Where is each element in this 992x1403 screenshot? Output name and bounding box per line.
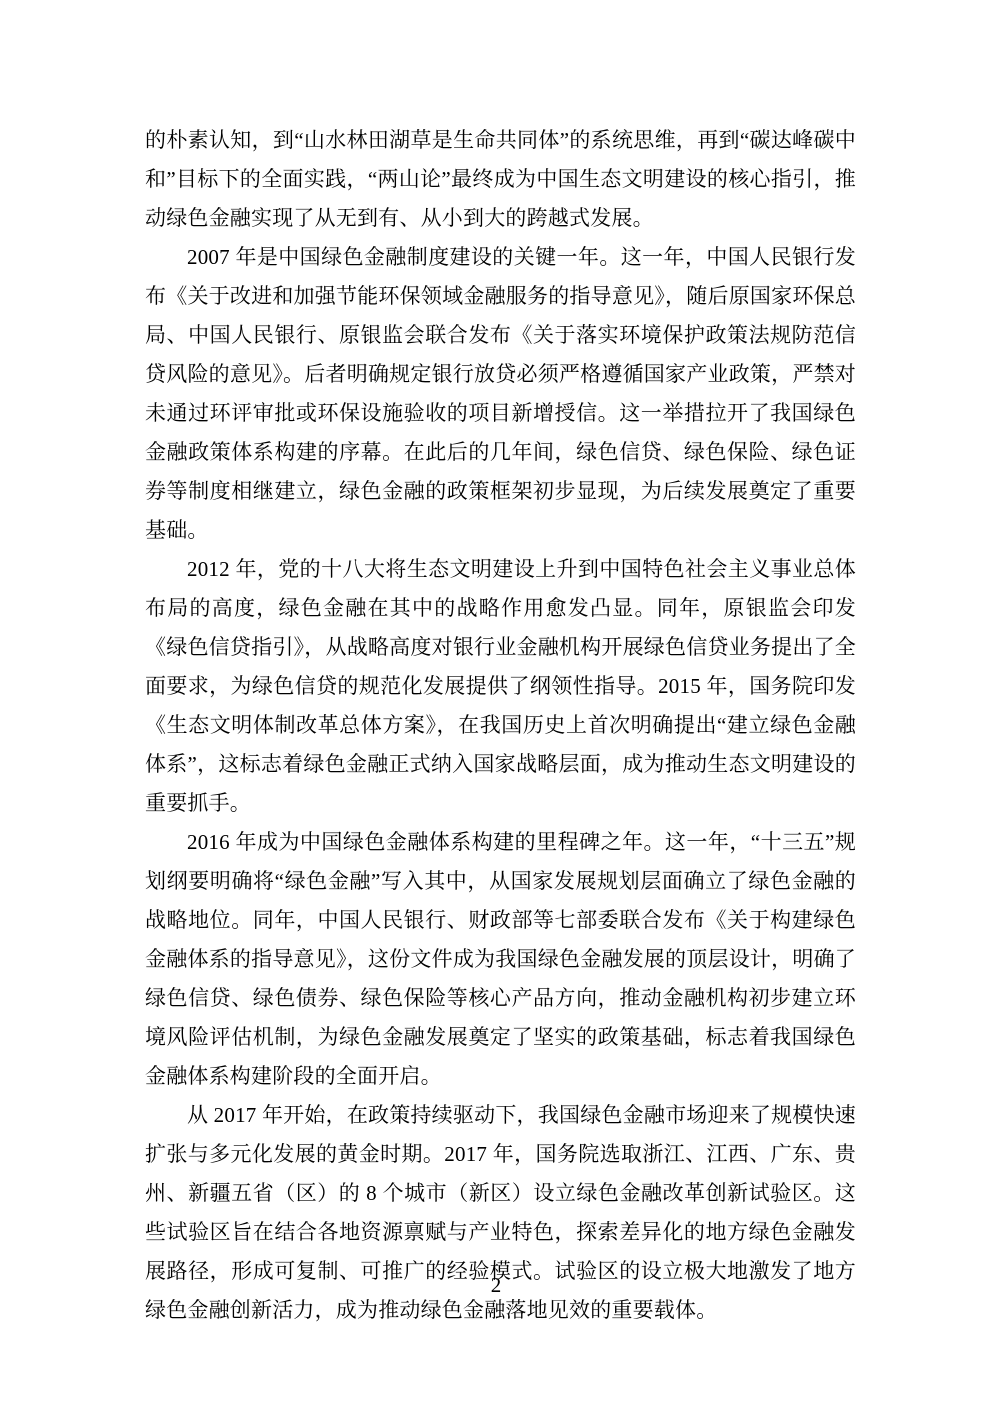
paragraph-continuation: 的朴素认知，到“山水林田湖草是生命共同体”的系统思维，再到“碳达峰碳中和”目标下…: [145, 121, 856, 238]
document-page: 的朴素认知，到“山水林田湖草是生命共同体”的系统思维，再到“碳达峰碳中和”目标下…: [0, 0, 992, 1403]
page-body-text: 的朴素认知，到“山水林田湖草是生命共同体”的系统思维，再到“碳达峰碳中和”目标下…: [145, 121, 856, 1330]
paragraph-2012: 2012 年，党的十八大将生态文明建设上升到中国特色社会主义事业总体布局的高度，…: [145, 550, 856, 823]
paragraph-2016: 2016 年成为中国绿色金融体系构建的里程碑之年。这一年，“十三五”规划纲要明确…: [145, 823, 856, 1096]
page-number: 2: [0, 1266, 992, 1305]
paragraph-2007: 2007 年是中国绿色金融制度建设的关键一年。这一年，中国人民银行发布《关于改进…: [145, 238, 856, 550]
